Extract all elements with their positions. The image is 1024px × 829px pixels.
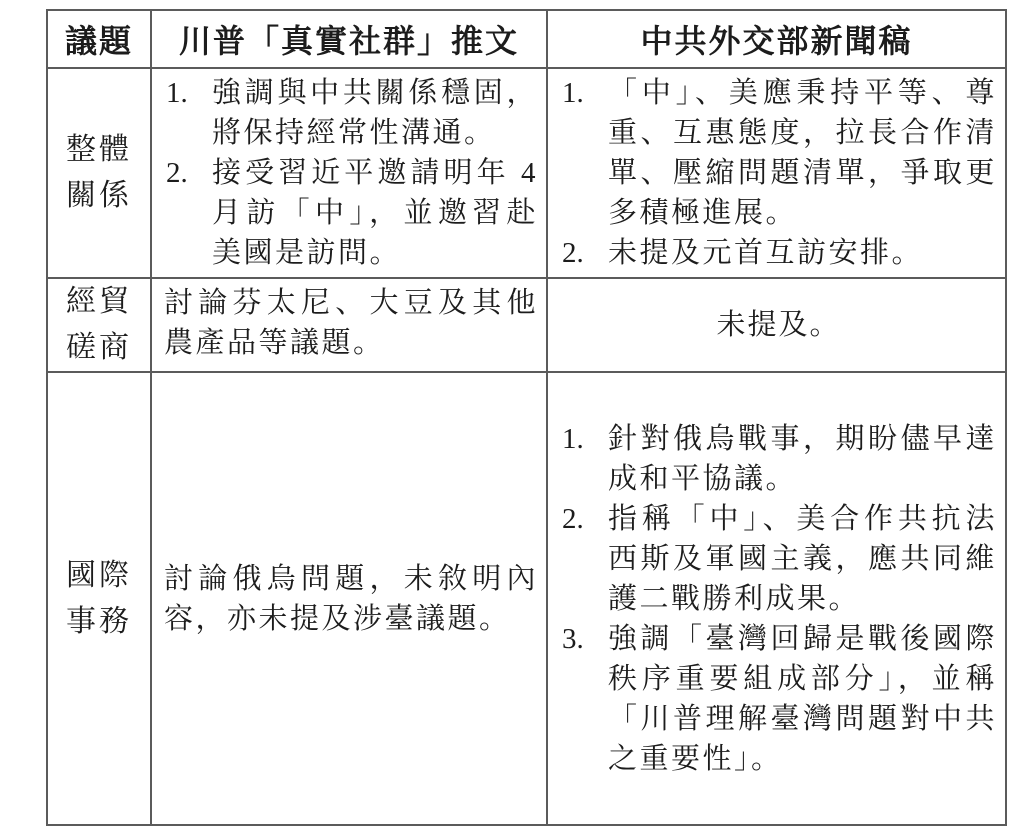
trump-international-text: 討論俄烏問題，未敘明內容，亦未提及涉臺議題。 xyxy=(164,559,538,639)
prc-trade-text: 未提及。 xyxy=(560,305,997,345)
comparison-table: 議題 川普「真實社群」推文 中共外交部新聞稿 整體關係 強調與中共關係穩固，將保… xyxy=(46,9,1007,826)
column-header-topic: 議題 xyxy=(47,10,151,68)
table-row-overall-relations: 整體關係 強調與中共關係穩固，將保持經常性溝通。 接受習近平邀請明年 4月訪「中… xyxy=(47,68,1006,278)
table-header-row: 議題 川普「真實社群」推文 中共外交部新聞稿 xyxy=(47,10,1006,68)
trump-cell-international-affairs: 討論俄烏問題，未敘明內容，亦未提及涉臺議題。 xyxy=(151,372,547,825)
prc-overall-list: 「中」、美應秉持平等、尊重、互惠態度，拉長合作清單、壓縮問題清單，爭取更多積極進… xyxy=(560,73,997,273)
topic-label-international-affairs: 國際事務 xyxy=(47,372,151,825)
prc-cell-trade-talks: 未提及。 xyxy=(547,278,1006,372)
list-item: 未提及元首互訪安排。 xyxy=(560,233,997,273)
topic-label-trade-talks: 經貿磋商 xyxy=(47,278,151,372)
trump-cell-overall-relations: 強調與中共關係穩固，將保持經常性溝通。 接受習近平邀請明年 4月訪「中」，並邀習… xyxy=(151,68,547,278)
prc-cell-overall-relations: 「中」、美應秉持平等、尊重、互惠態度，拉長合作清單、壓縮問題清單，爭取更多積極進… xyxy=(547,68,1006,278)
table-row-trade-talks: 經貿磋商 討論芬太尼、大豆及其他農產品等議題。 未提及。 xyxy=(47,278,1006,372)
document-page: { "table": { "headers": { "topic": "議題",… xyxy=(0,0,1024,829)
column-header-prc-press-release: 中共外交部新聞稿 xyxy=(547,10,1006,68)
table-row-international-affairs: 國際事務 討論俄烏問題，未敘明內容，亦未提及涉臺議題。 針對俄烏戰事，期盼儘早達… xyxy=(47,372,1006,825)
trump-cell-trade-talks: 討論芬太尼、大豆及其他農產品等議題。 xyxy=(151,278,547,372)
list-item: 「中」、美應秉持平等、尊重、互惠態度，拉長合作清單、壓縮問題清單，爭取更多積極進… xyxy=(560,73,997,233)
list-item: 指稱「中」、美合作共抗法西斯及軍國主義，應共同維護二戰勝利成果。 xyxy=(560,499,997,619)
prc-cell-international-affairs: 針對俄烏戰事，期盼儘早達成和平協議。 指稱「中」、美合作共抗法西斯及軍國主義，應… xyxy=(547,372,1006,825)
list-item: 針對俄烏戰事，期盼儘早達成和平協議。 xyxy=(560,419,997,499)
list-item: 強調與中共關係穩固，將保持經常性溝通。 xyxy=(164,73,538,153)
list-item: 接受習近平邀請明年 4月訪「中」，並邀習赴美國是訪問。 xyxy=(164,153,538,273)
prc-international-list: 針對俄烏戰事，期盼儘早達成和平協議。 指稱「中」、美合作共抗法西斯及軍國主義，應… xyxy=(560,419,997,779)
list-item: 強調「臺灣回歸是戰後國際秩序重要組成部分」，並稱「川普理解臺灣問題對中共之重要性… xyxy=(560,619,997,779)
column-header-trump-posts: 川普「真實社群」推文 xyxy=(151,10,547,68)
topic-label-overall-relations: 整體關係 xyxy=(47,68,151,278)
trump-trade-text: 討論芬太尼、大豆及其他農產品等議題。 xyxy=(164,283,538,363)
trump-overall-list: 強調與中共關係穩固，將保持經常性溝通。 接受習近平邀請明年 4月訪「中」，並邀習… xyxy=(164,73,538,273)
